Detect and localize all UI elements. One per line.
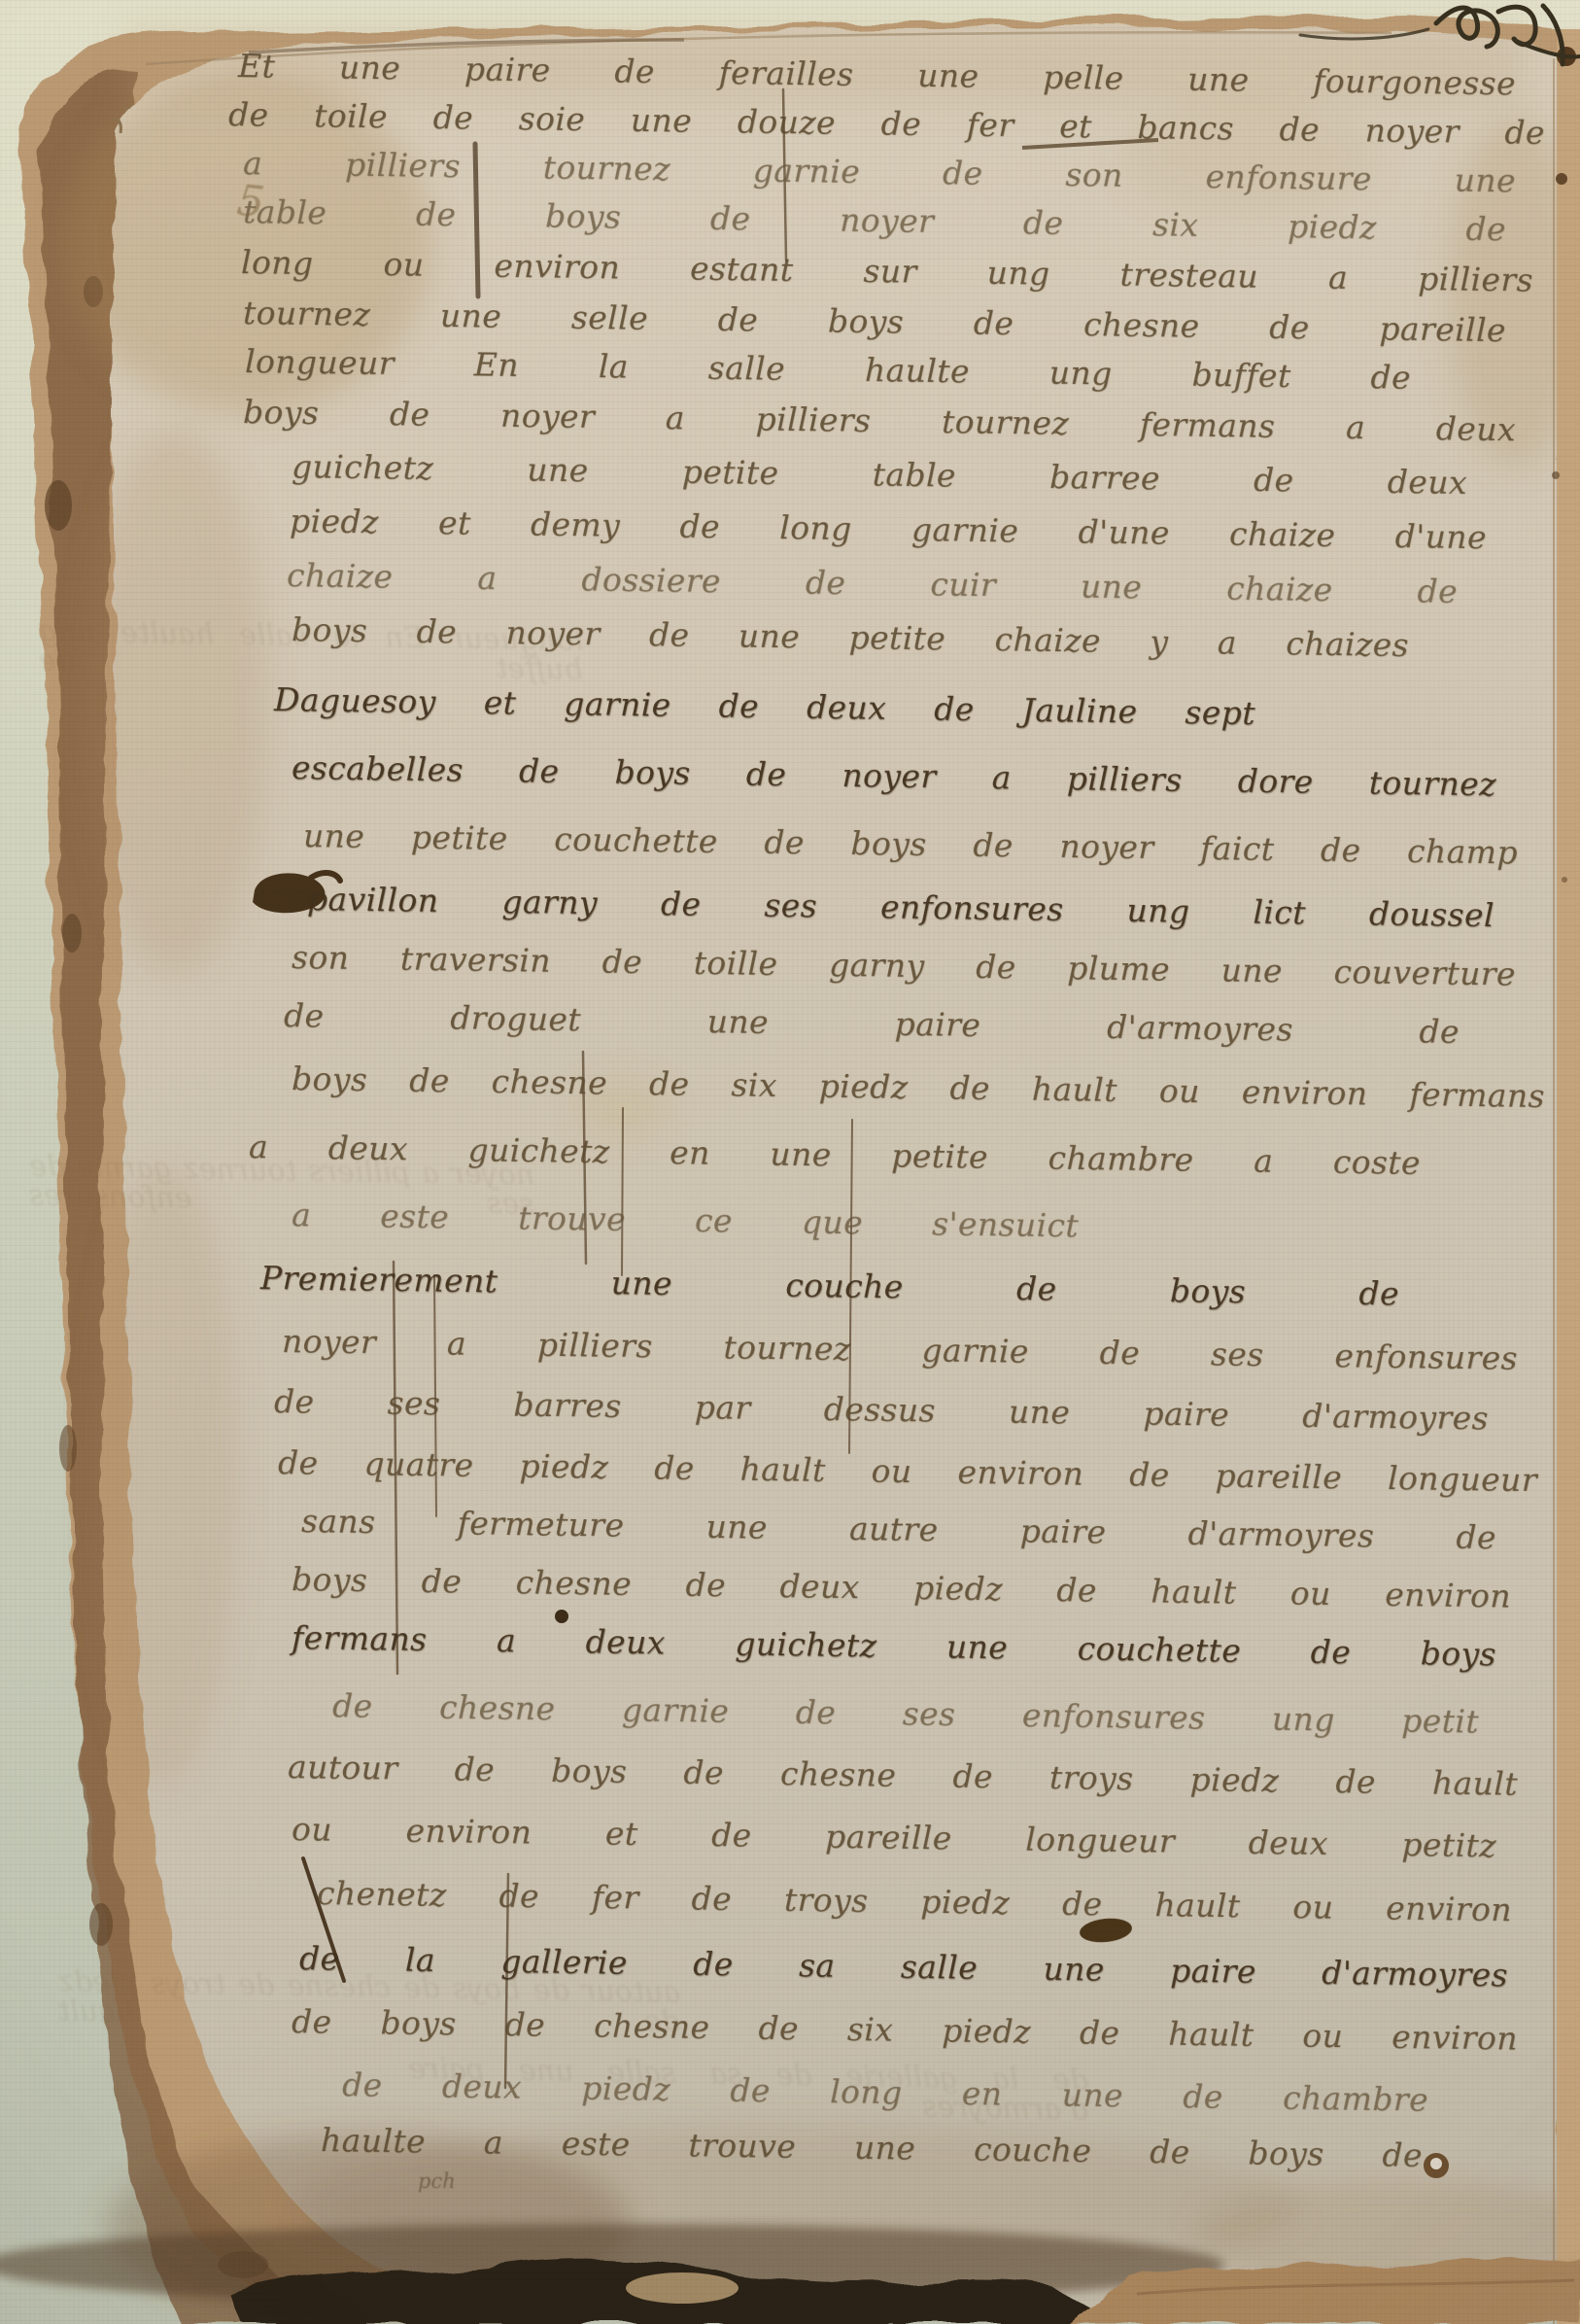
manuscript-photo: longueur En la salle haulte ung buffet d…	[0, 0, 1580, 2324]
catchword: pch	[418, 2169, 456, 2193]
right-edge-strip	[1557, 29, 1580, 2324]
margin-numeral: 5	[234, 176, 266, 228]
bottom-tan-bump	[626, 2272, 738, 2304]
wormhole	[1424, 2153, 1449, 2178]
